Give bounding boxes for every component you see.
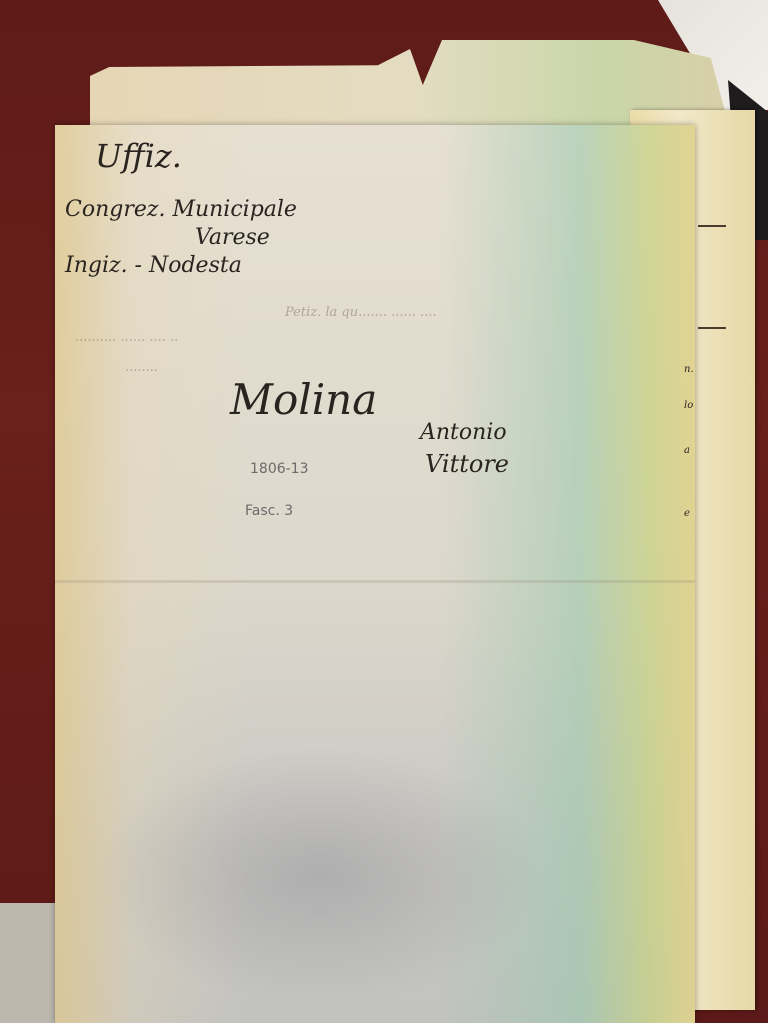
pencil-folder-number: Fasc. 3 — [245, 503, 293, 519]
bleedthrough-line-1: Petiz. la qu....... ...... .... — [285, 305, 437, 320]
folder-cover-page: Uffiz. Congrez. Municipale Varese Ingiz.… — [55, 125, 695, 1023]
header-line-uffizio: Uffiz. — [95, 137, 182, 175]
side-mark-2: lo — [684, 400, 693, 411]
side-mark-1: n. — [684, 364, 694, 375]
header-line-varese: Varese — [195, 225, 270, 250]
pencil-year-range: 1806-13 — [250, 461, 309, 477]
photo-shadow — [95, 745, 545, 1005]
surname-molina: Molina — [230, 375, 377, 424]
given-name-antonio: Antonio — [420, 420, 507, 445]
bleedthrough-line-3: ........ — [125, 360, 158, 375]
header-line-ingiz: Ingiz. - Nodesta — [65, 253, 242, 278]
page-fold-line — [55, 580, 695, 583]
bleedthrough-line-2: .......... ...... .... .. — [75, 330, 178, 345]
ruled-mark — [698, 225, 726, 227]
side-mark-3: a — [684, 445, 690, 456]
given-name-vittore: Vittore — [425, 450, 509, 478]
ruled-mark — [698, 327, 726, 329]
header-line-congregazione: Congrez. Municipale — [65, 197, 297, 222]
side-mark-4: e — [684, 508, 690, 519]
side-sheet-marks — [698, 225, 726, 429]
table-surface — [0, 903, 60, 1023]
